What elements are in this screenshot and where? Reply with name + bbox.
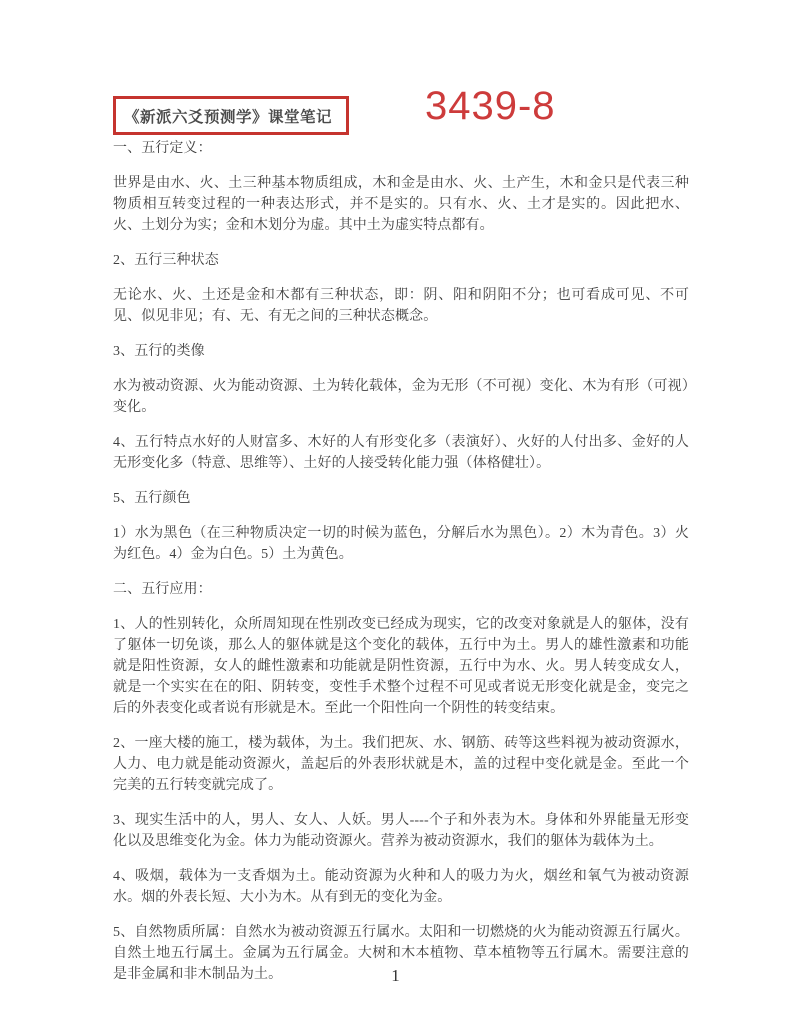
paragraph: 水为被动资源、火为能动资源、土为转化载体，金为无形（不可视）变化、木为有形（可视… [113,376,689,418]
document-title: 《新派六爻预测学》课堂笔记 [124,109,332,126]
document-header: 《新派六爻预测学》课堂笔记 3439-8 [113,96,688,135]
paragraph: 4、吸烟，载体为一支香烟为土。能动资源为火种和人的吸力为火，烟丝和氧气为被动资源… [113,866,689,908]
document-page: 《新派六爻预测学》课堂笔记 3439-8 一、五行定义： 世界是由水、火、土三种… [0,0,791,1024]
paragraph: 4、五行特点水好的人财富多、木好的人有形变化多（表演好）、火好的人付出多、金好的… [113,432,689,474]
section-heading: 2、五行三种状态 [113,250,689,271]
page-number: 1 [0,966,791,986]
paragraph: 1）水为黑色（在三种物质决定一切的时候为蓝色，分解后水为黑色）。2）木为青色。3… [113,523,689,565]
section-heading: 3、五行的类像 [113,341,689,362]
paragraph: 世界是由水、火、土三种基本物质组成，木和金是由水、火、土产生，木和金只是代表三种… [113,173,689,236]
section-heading: 5、五行颜色 [113,488,689,509]
paragraph: 1、人的性别转化，众所周知现在性别改变已经成为现实，它的改变对象就是人的躯体，没… [113,614,689,719]
document-code: 3439-8 [425,84,556,129]
title-box: 《新派六爻预测学》课堂笔记 [113,96,349,135]
section-heading: 一、五行定义： [113,138,689,159]
paragraph: 2、一座大楼的施工，楼为载体，为土。我们把灰、水、钢筋、砖等这些料视为被动资源水… [113,733,689,796]
paragraph: 无论水、火、土还是金和木都有三种状态，即：阴、阳和阴阳不分；也可看成可见、不可见… [113,285,689,327]
paragraph: 3、现实生活中的人，男人、女人、人妖。男人----个子和外表为木。身体和外界能量… [113,810,689,852]
section-heading: 二、五行应用： [113,579,689,600]
document-body: 一、五行定义： 世界是由水、火、土三种基本物质组成，木和金是由水、火、土产生，木… [113,138,689,985]
